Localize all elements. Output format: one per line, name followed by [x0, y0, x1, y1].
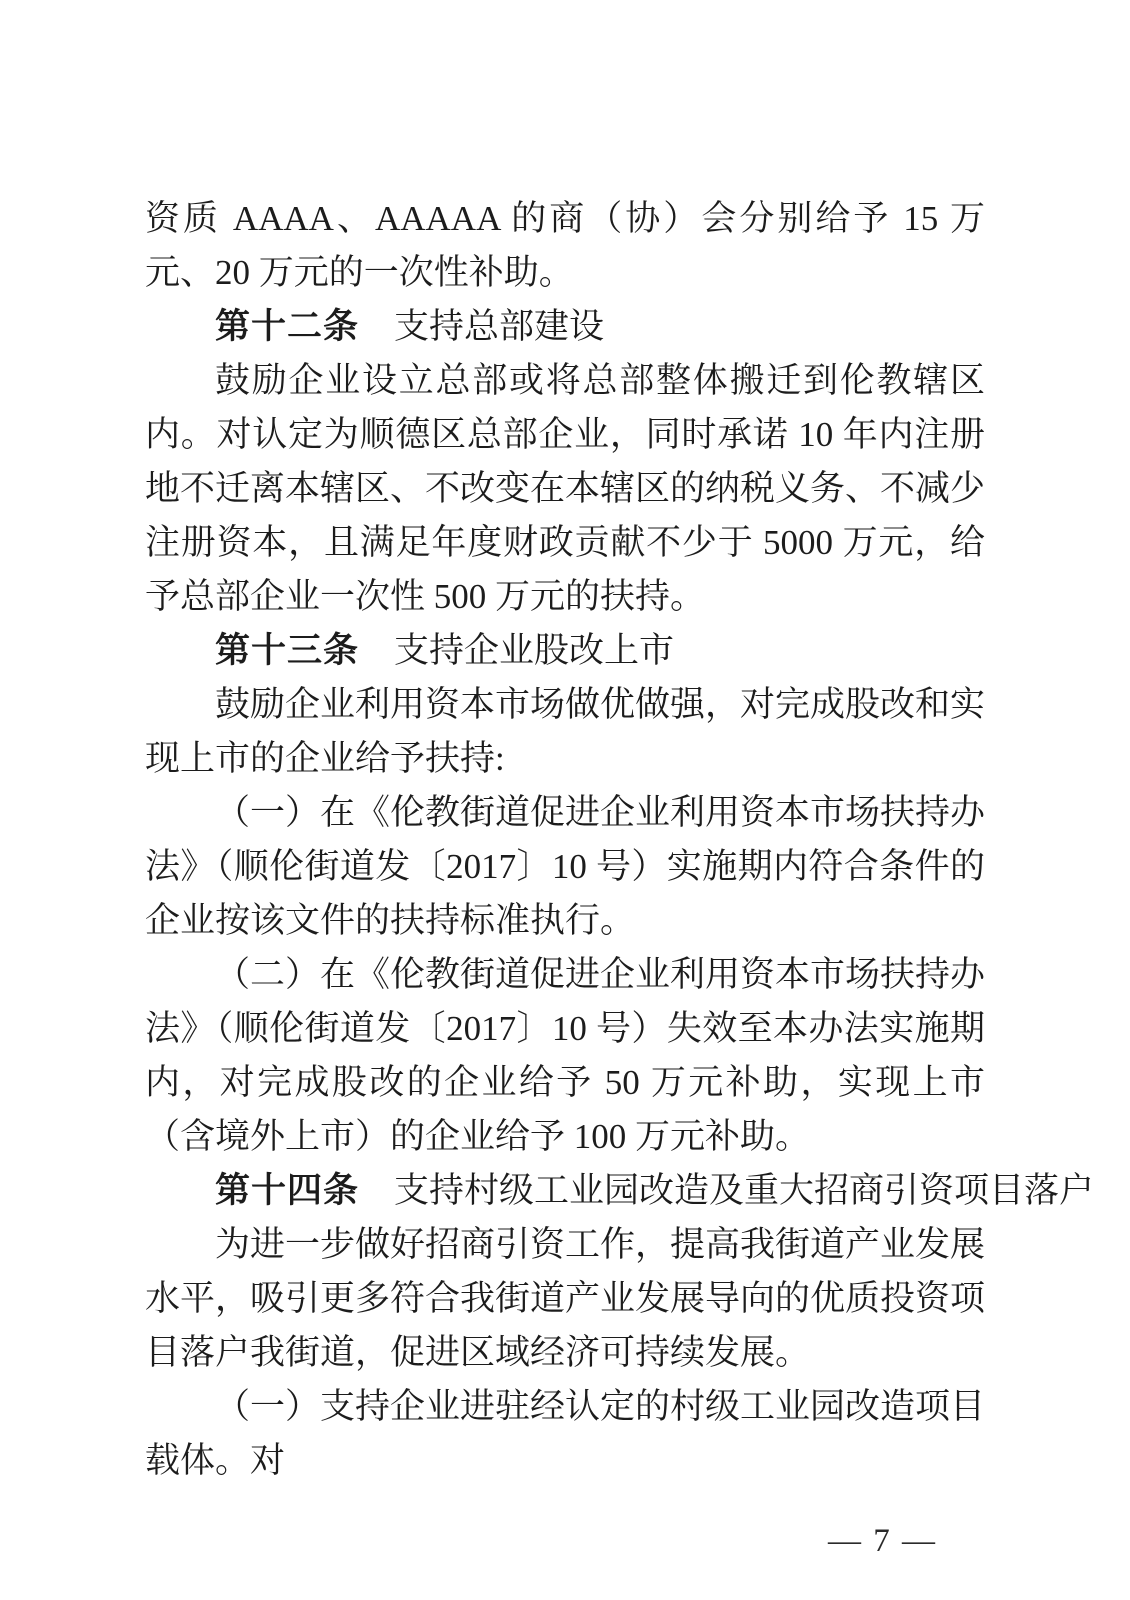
article-heading-13: 第十三条支持企业股改上市: [145, 624, 985, 678]
page-number: — 7 —: [145, 1514, 985, 1568]
article-number: 第十二条: [215, 307, 359, 346]
article-title: 支持村级工业园改造及重大招商引资项目落户: [394, 1171, 1094, 1210]
article-title: 支持总部建设: [394, 307, 604, 346]
document-page: 资质 AAAA、AAAAA 的商（协）会分别给予 15 万元、20 万元的一次性…: [0, 0, 1130, 1600]
paragraph-continuation: 资质 AAAA、AAAAA 的商（协）会分别给予 15 万元、20 万元的一次性…: [145, 192, 985, 300]
paragraph-item-1: （一）在《伦教街道促进企业利用资本市场扶持办法》（顺伦街道发〔2017〕10 号…: [145, 786, 985, 948]
paragraph-item-1: （一）支持企业进驻经认定的村级工业园改造项目载体。对: [145, 1380, 985, 1488]
paragraph-body: 为进一步做好招商引资工作，提高我街道产业发展水平，吸引更多符合我街道产业发展导向…: [145, 1218, 985, 1380]
paragraph-body: 鼓励企业利用资本市场做优做强，对完成股改和实现上市的企业给予扶持:: [145, 678, 985, 786]
article-number: 第十四条: [215, 1171, 359, 1210]
article-title: 支持企业股改上市: [394, 631, 674, 670]
article-number: 第十三条: [215, 631, 359, 670]
article-heading-12: 第十二条支持总部建设: [145, 300, 985, 354]
paragraph-body: 鼓励企业设立总部或将总部整体搬迁到伦教辖区内。对认定为顺德区总部企业，同时承诺 …: [145, 354, 985, 624]
article-heading-14: 第十四条支持村级工业园改造及重大招商引资项目落户: [145, 1164, 985, 1218]
paragraph-item-2: （二）在《伦教街道促进企业利用资本市场扶持办法》（顺伦街道发〔2017〕10 号…: [145, 948, 985, 1164]
